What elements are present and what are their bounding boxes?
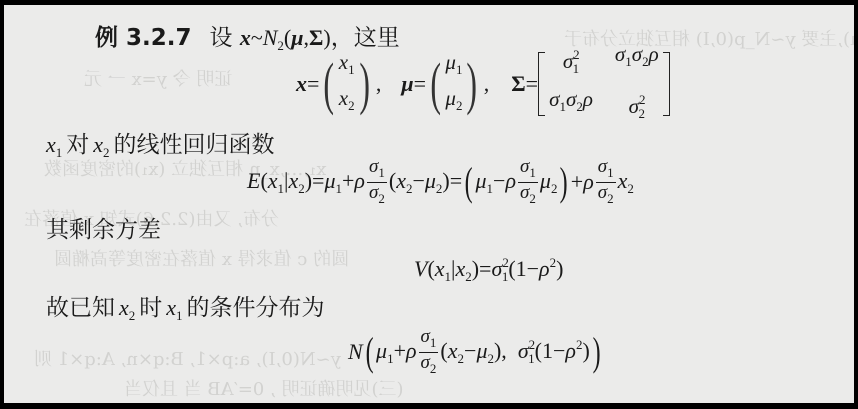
regression-heading: x1 对 x2 的线性回归函数: [46, 126, 275, 161]
x-vector: x=: [296, 71, 319, 97]
textbook-page: y=Σ^(-1/2)(x−μ),主要 y~N_p(0,I) 相互独立分布于 证明…: [4, 5, 854, 403]
sigma-matrix: Σ=: [511, 71, 538, 97]
conditional-distribution-heading: 故已知 x2 时 x1 的条件分布为: [46, 289, 325, 324]
bleed-through-text: 圆的 c 值求得 x 值落在密度等高椭圆: [54, 245, 349, 271]
bleed-through-text: (三)见明确证明 , 0=′AB 当 且仅当: [124, 375, 404, 401]
residual-variance-formula: V(x1|x2)=σ21(1−ρ2): [414, 255, 563, 285]
definitions-formula: x= (x1x2) , μ= (μ1μ2) , Σ= σ21σ1σ2ρ σ1σ2…: [296, 49, 670, 119]
regression-formula: E(x1|x2)=μ1+ρ σ1σ2 (x2−μ2)= ( μ1−ρ σ1σ2 …: [247, 157, 634, 207]
example-label: 例 3.2.7: [95, 25, 192, 51]
intro-prefix: 设: [210, 25, 240, 51]
bleed-through-text: y~N(0,I), a:p×1, B:q×n, A:q×1 则: [34, 345, 341, 371]
conditional-distribution-formula: N( μ1+ρ σ1σ2 (x2−μ2), σ21(1−ρ2) ): [348, 327, 603, 377]
residual-variance-heading: 其剩余方差: [46, 211, 161, 244]
distribution-statement: x~N2(μ,Σ): [240, 25, 331, 50]
bleed-through-text: 证明 令 y=x 一 元: [84, 65, 232, 91]
mu-vector: μ=: [401, 71, 426, 97]
regression-text: 的线性回归函数: [114, 132, 275, 158]
